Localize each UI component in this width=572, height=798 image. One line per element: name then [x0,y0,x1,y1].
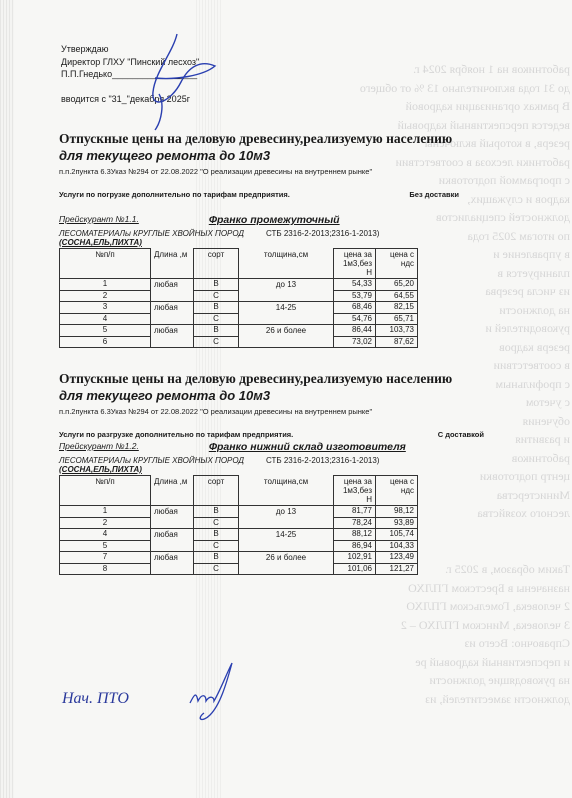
row-number: 4 [60,313,151,325]
price-with-vat: 65,20 [376,279,418,291]
table-row: 1любаяВдо 1354,3365,20 [60,279,418,291]
column-header: цена с ндс [376,249,418,279]
standard: СТБ 2316-2-2013;2316-1-2013) [266,229,380,238]
length: любая [151,552,194,564]
table-row: 5С86,94104,33 [60,540,418,552]
price-with-vat: 93,89 [376,517,418,529]
thickness [239,336,334,348]
thickness: до 13 [239,506,334,518]
length [151,290,194,302]
bleed-line: на руководящие должности [300,671,570,690]
row-number: 6 [60,336,151,348]
bleed-line: 2 человека, Гомельском ГПЛХО [300,597,570,616]
price-no-vat: 78,24 [334,517,376,529]
price-with-vat: 121,27 [376,563,418,575]
table-row: 8С101,06121,27 [60,563,418,575]
bleed-line: до 31 года включительно 13 % от общего [300,79,570,98]
table-row: 1любаяВдо 1381,7798,12 [60,506,418,518]
table-row: 7любаяВ26 и более102,91123,49 [60,552,418,564]
section-title: Отпускные цены на деловую древесину,реал… [59,131,529,147]
row-number: 2 [60,517,151,529]
table-row: 2С53,7964,55 [60,290,418,302]
thickness [239,540,334,552]
material-name: ЛЕСОМАТЕРИАЛы КРУГЛЫЕ ХВОЙНЫХ ПОРОД [59,456,244,465]
column-header: цена с ндс [376,476,418,506]
price-table: №п/пДлина ,мсорттолщина,смцена за 1м3,бе… [59,248,418,348]
price-with-vat: 103,73 [376,325,418,337]
legal-reference: п.п.2пункта 6.3Указ №294 от 22.08.2022 "… [59,407,529,416]
thickness: 26 и более [239,325,334,337]
bleed-line: работников на 1 ноября 2024 г. [300,60,570,79]
thickness: 26 и более [239,552,334,564]
row-number: 5 [60,540,151,552]
price-with-vat: 123,49 [376,552,418,564]
material-line: ЛЕСОМАТЕРИАЛы КРУГЛЫЕ ХВОЙНЫХ ПОРОД СТБ … [59,229,529,238]
thickness [239,563,334,575]
thickness [239,517,334,529]
table-row: 4С54,7665,71 [60,313,418,325]
grade: В [194,279,239,291]
grade: С [194,313,239,325]
price-no-vat: 68,46 [334,302,376,314]
length: любая [151,325,194,337]
column-header: №п/п [60,249,151,279]
price-list-header: Прейскурант №1.1. Франко промежуточный [59,214,529,226]
grade: В [194,325,239,337]
column-header: толщина,см [239,249,334,279]
thickness: до 13 [239,279,334,291]
price-section-1: Отпускные цены на деловую древесину,реал… [59,131,529,348]
row-number: 3 [60,302,151,314]
section-subtitle: для текущего ремонта до 10м3 [59,388,529,403]
price-with-vat: 98,12 [376,506,418,518]
handwritten-note: Нач. ПТО [62,690,129,708]
row-number: 7 [60,552,151,564]
price-no-vat: 54,76 [334,313,376,325]
price-no-vat: 86,44 [334,325,376,337]
grade: С [194,517,239,529]
species: (СОСНА,ЕЛЬ,ПИХТА) [59,238,529,247]
table-row: 3любаяВ14-2568,4682,15 [60,302,418,314]
delivery-type: Без доставки [409,190,459,199]
approver-signature-icon [180,655,240,725]
price-no-vat: 86,94 [334,540,376,552]
length [151,517,194,529]
grade: С [194,336,239,348]
bleed-line: назначены в Брестском ГПЛХО [300,579,570,598]
services-text: Услуги по погрузке дополнительно по тари… [59,190,290,199]
length: любая [151,279,194,291]
row-number: 5 [60,325,151,337]
services-line: Услуги по погрузке дополнительно по тари… [59,190,529,199]
price-list-number: Прейскурант №1.1. [59,214,139,226]
price-no-vat: 88,12 [334,529,376,541]
grade: С [194,290,239,302]
table-row: 4любаяВ14-2588,12105,74 [60,529,418,541]
scan-edge [0,0,14,798]
thickness [239,313,334,325]
row-number: 8 [60,563,151,575]
price-no-vat: 102,91 [334,552,376,564]
bleed-through-text-bottom: Таким образом, в 2025 г.назначены в Брес… [300,560,570,708]
column-header: толщина,см [239,476,334,506]
column-header: сорт [194,476,239,506]
grade: В [194,302,239,314]
column-header: сорт [194,249,239,279]
grade: С [194,540,239,552]
price-with-vat: 87,62 [376,336,418,348]
table-header-row: №п/пДлина ,мсорттолщина,смцена за 1м3,бе… [60,476,418,506]
price-no-vat: 73,02 [334,336,376,348]
length [151,313,194,325]
column-header: Длина ,м [151,476,194,506]
column-header: №п/п [60,476,151,506]
material-line: ЛЕСОМАТЕРИАЛы КРУГЛЫЕ ХВОЙНЫХ ПОРОД СТБ … [59,456,529,465]
price-no-vat: 53,79 [334,290,376,302]
services-text: Услуги по разгрузке дополнительно по тар… [59,430,293,439]
grade: В [194,552,239,564]
grade: В [194,529,239,541]
table-row: 6С73,0287,62 [60,336,418,348]
standard: СТБ 2316-2-2013;2316-1-2013) [266,456,380,465]
price-table: №п/пДлина ,мсорттолщина,смцена за 1м3,бе… [59,475,418,575]
bleed-line: 3 человека, Минском ГПЛХО – 2 [300,616,570,635]
thickness [239,290,334,302]
length: любая [151,506,194,518]
director-signature-icon [115,32,225,132]
column-header: цена за 1м3,без Н [334,476,376,506]
table-row: 5любаяВ26 и более86,44103,73 [60,325,418,337]
price-no-vat: 54,33 [334,279,376,291]
table-header-row: №п/пДлина ,мсорттолщина,смцена за 1м3,бе… [60,249,418,279]
column-header: Длина ,м [151,249,194,279]
length: любая [151,302,194,314]
franco-type: Франко нижний склад изготовителя [209,441,406,453]
material-name: ЛЕСОМАТЕРИАЛы КРУГЛЫЕ ХВОЙНЫХ ПОРОД [59,229,244,238]
length [151,336,194,348]
price-list-number: Прейскурант №1.2. [59,441,139,453]
delivery-type: С доставкой [438,430,484,439]
section-title: Отпускные цены на деловую древесину,реал… [59,371,529,387]
bleed-line: должности заместителей, из [300,690,570,709]
section-subtitle: для текущего ремонта до 10м3 [59,148,529,163]
price-with-vat: 65,71 [376,313,418,325]
price-with-vat: 105,74 [376,529,418,541]
price-list-header: Прейскурант №1.2. Франко нижний склад из… [59,441,529,453]
bleed-line: и перспективный кадровый ре [300,653,570,672]
services-line: Услуги по разгрузке дополнительно по тар… [59,430,529,439]
bleed-line: Справочно: Всего из [300,634,570,653]
price-section-2: Отпускные цены на деловую древесину,реал… [59,371,529,575]
grade: С [194,563,239,575]
thickness: 14-25 [239,529,334,541]
row-number: 1 [60,506,151,518]
legal-reference: п.п.2пункта 6.3Указ №294 от 22.08.2022 "… [59,167,529,176]
table-row: 2С78,2493,89 [60,517,418,529]
species: (СОСНА,ЕЛЬ,ПИХТА) [59,465,529,474]
price-no-vat: 101,06 [334,563,376,575]
row-number: 2 [60,290,151,302]
franco-type: Франко промежуточный [209,214,340,226]
thickness: 14-25 [239,302,334,314]
bleed-line: В рамках организации кадровой [300,97,570,116]
length [151,563,194,575]
row-number: 1 [60,279,151,291]
column-header: цена за 1м3,без Н [334,249,376,279]
price-with-vat: 64,55 [376,290,418,302]
price-with-vat: 82,15 [376,302,418,314]
price-no-vat: 81,77 [334,506,376,518]
price-with-vat: 104,33 [376,540,418,552]
grade: В [194,506,239,518]
length: любая [151,529,194,541]
row-number: 4 [60,529,151,541]
length [151,540,194,552]
